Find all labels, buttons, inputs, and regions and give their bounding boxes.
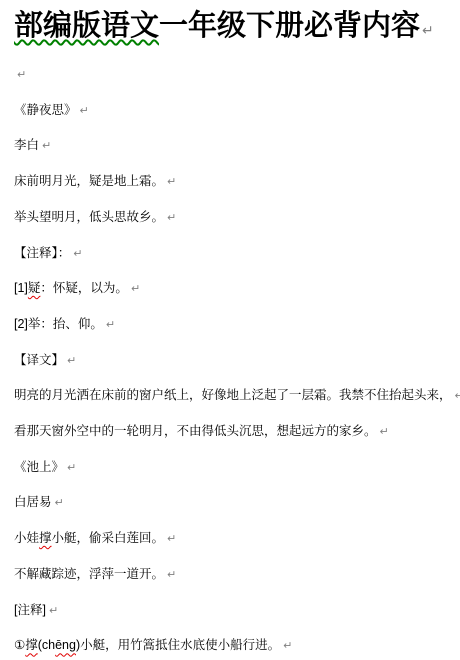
paragraph[interactable]: [2]举：抬、仰。↵ — [14, 307, 454, 343]
pilcrow-icon: ↵ — [67, 461, 76, 474]
document-body: ↵《静夜思》↵李白↵床前明月光，疑是地上霜。↵举头望明月，低头思故乡。↵【注释】… — [14, 57, 454, 660]
pilcrow-icon: ↵ — [422, 23, 434, 39]
pilcrow-icon: ↵ — [73, 247, 82, 260]
pilcrow-icon: ↵ — [167, 211, 176, 224]
text-run: 举头望明月，低头思故乡。 — [14, 210, 164, 224]
pilcrow-icon: ↵ — [167, 568, 176, 581]
paragraph[interactable]: 不解藏踪迹，浮萍一道开。↵ — [14, 557, 454, 593]
paragraph[interactable]: 小娃撑小艇，偷采白莲回。↵ — [14, 521, 454, 557]
pilcrow-icon: ↵ — [49, 604, 58, 617]
paragraph[interactable]: [注释]↵ — [14, 593, 454, 629]
paragraph[interactable]: ①撑(chēng)小艇，用竹篙抵住水底使小船行进。↵ — [14, 628, 454, 660]
text-run: 不解藏踪迹，浮萍一道开。 — [14, 567, 164, 581]
pilcrow-icon: ↵ — [17, 68, 26, 81]
document-content-area: 部编版语文一年级下册必背内容↵ ↵《静夜思》↵李白↵床前明月光，疑是地上霜。↵举… — [0, 0, 460, 660]
paragraph[interactable]: 【注释】：↵ — [14, 236, 454, 272]
document-page: 部编版语文一年级下册必背内容↵ ↵《静夜思》↵李白↵床前明月光，疑是地上霜。↵举… — [0, 0, 460, 660]
text-run: (ch — [38, 638, 55, 652]
text-run: )小艇，用竹篙抵住水底使小船行进。 — [76, 638, 280, 652]
paragraph[interactable]: 举头望明月，低头思故乡。↵ — [14, 200, 454, 236]
paragraph[interactable]: 《池上》↵ — [14, 450, 454, 486]
text-run: 《静夜思》 — [14, 103, 77, 117]
text-run: 小艇，偷采白莲回。 — [52, 531, 165, 545]
spelling-underline-text: 撑 — [25, 638, 38, 652]
text-run: 李白 — [14, 138, 39, 152]
pilcrow-icon: ↵ — [455, 389, 460, 402]
text-run: [2]举：抬、仰。 — [14, 317, 103, 331]
document-title[interactable]: 部编版语文一年级下册必背内容↵ — [14, 6, 454, 51]
pilcrow-icon: ↵ — [55, 496, 64, 509]
pilcrow-icon: ↵ — [67, 354, 76, 367]
pilcrow-icon: ↵ — [167, 532, 176, 545]
pilcrow-icon: ↵ — [80, 104, 89, 117]
paragraph[interactable]: ↵ — [14, 57, 454, 93]
text-run: ① — [14, 638, 25, 652]
paragraph[interactable]: 看那天窗外空中的一轮明月，不由得低头沉思，想起远方的家乡。↵ — [14, 414, 454, 450]
text-run: [注释] — [14, 603, 46, 617]
text-run: 明亮的月光洒在床前的窗户纸上，好像地上泛起了一层霜。我禁不住抬起头来， — [14, 388, 452, 402]
pilcrow-icon: ↵ — [167, 175, 176, 188]
pilcrow-icon: ↵ — [283, 639, 292, 652]
grammar-underline-text: 部编版语文 — [14, 10, 159, 42]
text-run: 【译文】 — [14, 353, 64, 367]
paragraph[interactable]: 【译文】↵ — [14, 343, 454, 379]
text-run: ：怀疑，以为。 — [40, 281, 128, 295]
paragraph[interactable]: 白居易↵ — [14, 485, 454, 521]
pilcrow-icon: ↵ — [380, 425, 389, 438]
paragraph[interactable]: 明亮的月光洒在床前的窗户纸上，好像地上泛起了一层霜。我禁不住抬起头来，↵ — [14, 378, 454, 414]
text-run: [1] — [14, 281, 28, 295]
spelling-underline-text: 疑 — [28, 281, 41, 295]
text-run: 一年级下册必背内容 — [159, 10, 420, 42]
text-run: 《池上》 — [14, 460, 64, 474]
pilcrow-icon: ↵ — [106, 318, 115, 331]
text-run: 床前明月光，疑是地上霜。 — [14, 174, 164, 188]
paragraph[interactable]: [1]疑：怀疑，以为。↵ — [14, 271, 454, 307]
spelling-underline-text: 撑 — [39, 531, 52, 545]
text-run: 【注释】： — [14, 246, 70, 260]
text-run: 小娃 — [14, 531, 39, 545]
spelling-underline-text: ēng — [55, 638, 76, 652]
paragraph[interactable]: 床前明月光，疑是地上霜。↵ — [14, 164, 454, 200]
text-run: 白居易 — [14, 495, 52, 509]
pilcrow-icon: ↵ — [131, 282, 140, 295]
text-run: 看那天窗外空中的一轮明月，不由得低头沉思，想起远方的家乡。 — [14, 424, 377, 438]
paragraph[interactable]: 李白↵ — [14, 128, 454, 164]
pilcrow-icon: ↵ — [42, 139, 51, 152]
paragraph[interactable]: 《静夜思》↵ — [14, 93, 454, 129]
